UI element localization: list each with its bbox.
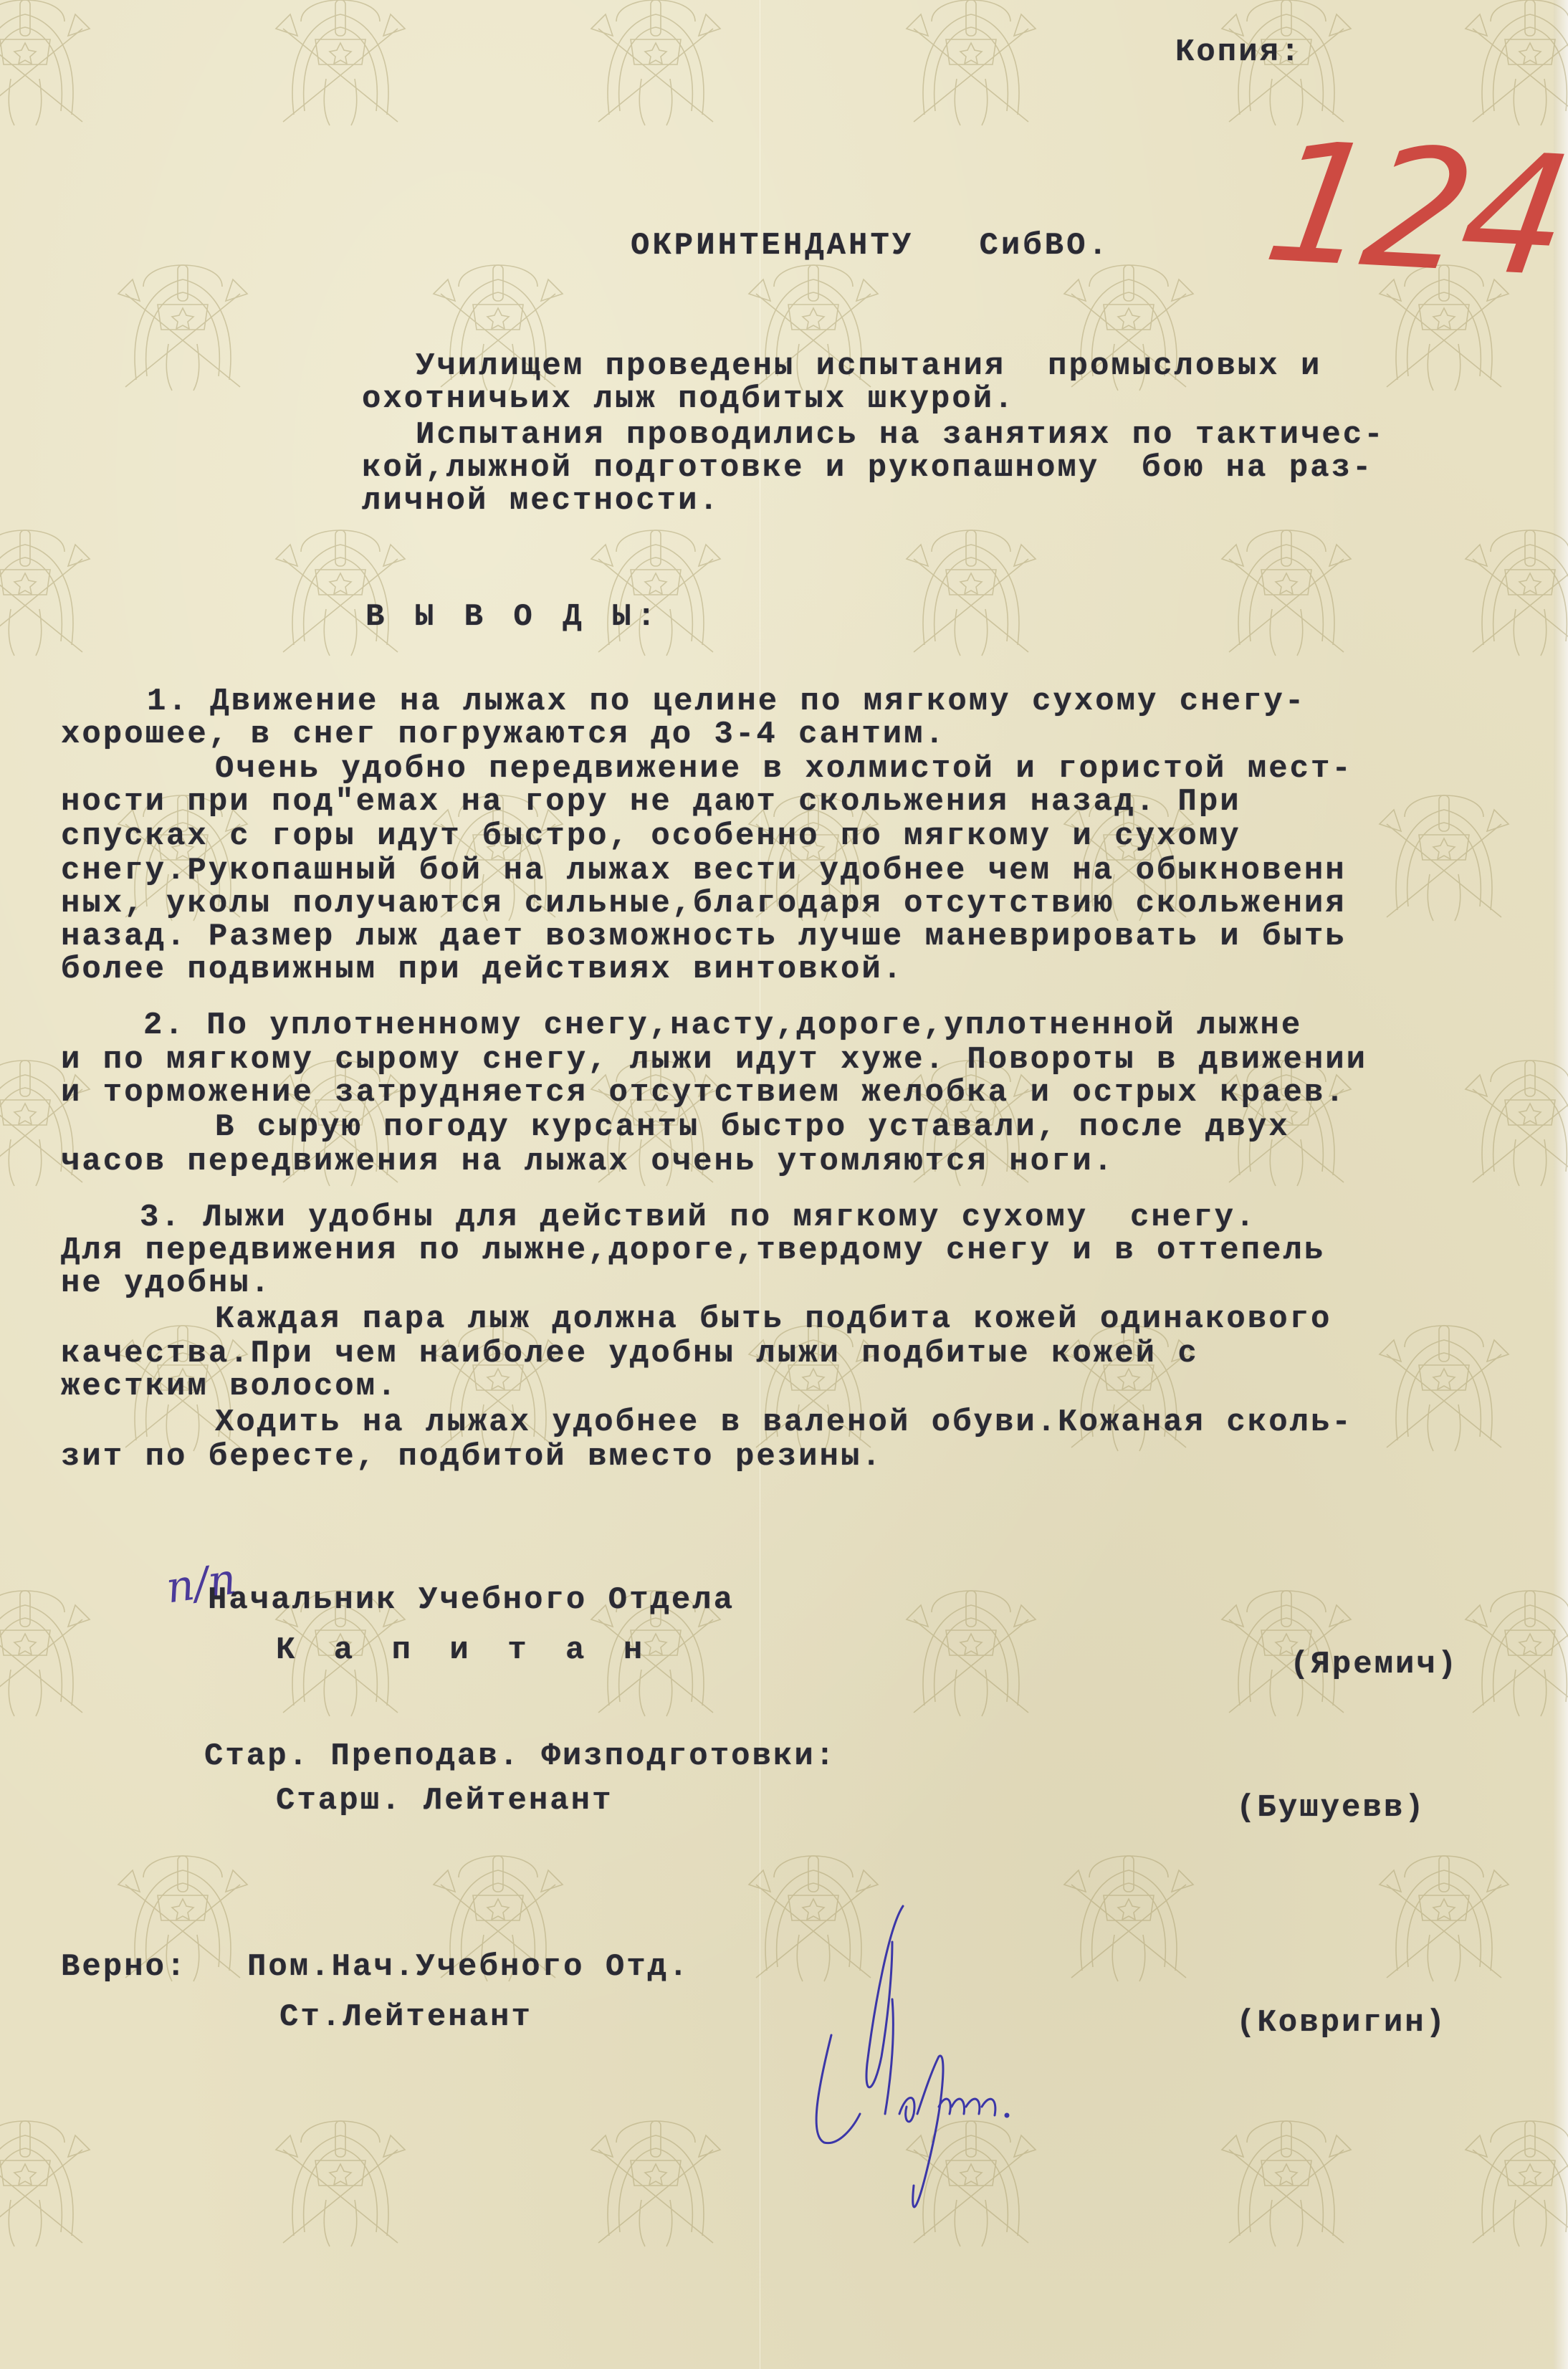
sig1-name: (Яремич)	[1290, 1648, 1458, 1681]
item2-line-2: и по мягкому сырому снегу, лыжи идут хуж…	[61, 1043, 1367, 1076]
sig3-name: (Ковригин)	[1236, 2006, 1447, 2039]
item3-line-7: Ходить на лыжах удобнее в валеной обуви.…	[215, 1406, 1353, 1439]
intro-line-3: Испытания проводились на занятиях по так…	[416, 418, 1385, 451]
sig2-rank: Старш. Лейтенант	[276, 1784, 613, 1817]
item3-line-1: 3. Лыжи удобны для действий по мягкому с…	[140, 1201, 1256, 1234]
item1-line-3: Очень удобно передвижение в холмистой и …	[215, 752, 1353, 785]
intro-line-2: охотничьих лыж подбитых шкурой.	[362, 383, 1015, 416]
sig3-prefix: Верно:	[61, 1951, 187, 1983]
item2-line-5: часов передвижения на лыжах очень утомля…	[61, 1145, 1114, 1178]
item3-line-5: качества.При чем наиболее удобны лыжи по…	[61, 1337, 1199, 1370]
addressee: ОКРИНТЕНДАНТУ СибВО.	[631, 229, 1110, 262]
item3-line-4: Каждая пара лыж должна быть подбита коже…	[215, 1303, 1332, 1336]
sig3-title: Пом.Нач.Учебного Отд.	[247, 1951, 690, 1983]
item2-line-3: и торможение затрудняется отсутствием же…	[61, 1076, 1347, 1109]
intro-line-4: кой,лыжной подготовке и рукопашному бою …	[362, 451, 1373, 484]
item2-line-4: В сырую погоду курсанты быстро уставали,…	[215, 1111, 1290, 1144]
item1-line-8: назад. Размер лыж дает возможность лучше…	[61, 920, 1347, 953]
handwritten-signature	[767, 1877, 1111, 2221]
item1-line-4: ности при под"емах на гору не дают сколь…	[61, 785, 1241, 818]
sig3-rank: Ст.Лейтенант	[279, 2001, 532, 2034]
item1-line-6: снегу.Рукопашный бой на лыжах вести удоб…	[61, 854, 1347, 887]
sig2-name: (Бушуевв)	[1236, 1791, 1426, 1824]
page-number-handwritten: 124	[1254, 107, 1568, 313]
item1-line-1: 1. Движение на лыжах по целине по мягком…	[147, 685, 1306, 718]
sig1-title: Начальник Учебного Отдела	[208, 1584, 735, 1617]
conclusions-heading: В Ы В О Д Ы:	[365, 600, 661, 633]
item1-line-7: ных, уколы получаются сильные,благодаря …	[61, 887, 1347, 920]
item1-line-5: спусках с горы идут быстро, особенно по …	[61, 820, 1241, 853]
sig1-rank: К а п и т а н	[276, 1634, 652, 1667]
item1-line-9: более подвижным при действиях винтовкой.	[61, 953, 904, 986]
item3-line-8: зит по бересте, подбитой вместо резины.	[61, 1440, 883, 1473]
item1-line-2: хорошее, в снег погружаются до 3-4 санти…	[61, 718, 946, 751]
copy-label: Копия:	[1175, 36, 1301, 69]
intro-line-1: Училищем проведены испытания промысловых…	[416, 350, 1321, 383]
sig2-title: Стар. Преподав. Физподготовки:	[204, 1740, 836, 1773]
item2-line-1: 2. По уплотненному снегу,насту,дороге,уп…	[143, 1009, 1302, 1042]
item3-line-2: Для передвижения по лыжне,дороге,твердом…	[61, 1234, 1325, 1267]
paper-edge	[1554, 0, 1568, 2369]
item3-line-6: жестким волосом.	[61, 1370, 398, 1403]
item3-line-3: не удобны.	[61, 1267, 272, 1300]
intro-line-5: личной местности.	[362, 484, 720, 517]
